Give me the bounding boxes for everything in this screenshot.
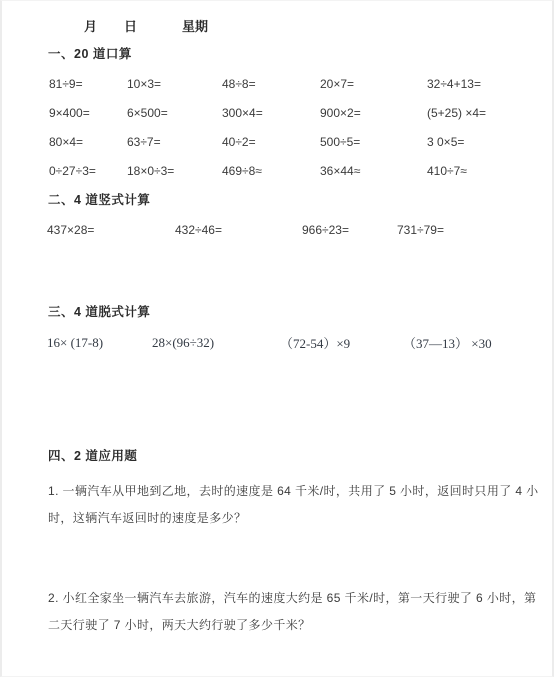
oral-problem: 3 0×5= <box>427 127 552 156</box>
oral-problem: 80×4= <box>49 127 127 156</box>
section-title-stepwise: 三、4 道脱式计算 <box>48 306 552 319</box>
word-problem-2: 2. 小红全家坐一辆汽车去旅游，汽车的速度大约是 65 千米/时，第一天行驶了 … <box>48 585 548 639</box>
stepwise-problems-grid: 16× (17-8) 28×(96÷32) （72-54）×9 （37—13） … <box>47 328 552 357</box>
stepwise-problem: （37—13） ×30 <box>403 328 552 357</box>
oral-problem: 900×2= <box>320 98 427 127</box>
month-label: 月 <box>84 19 97 34</box>
oral-problem: 63÷7= <box>127 127 222 156</box>
day-label: 日 <box>124 19 137 34</box>
word-problem-1: 1. 一辆汽车从甲地到乙地，去时的速度是 64 千米/时，共用了 5 小时，返回… <box>48 478 548 532</box>
oral-problem: 48÷8= <box>222 69 320 98</box>
oral-problem: 0÷27÷3= <box>49 156 127 185</box>
oral-problem: 6×500= <box>127 98 222 127</box>
stepwise-problem: 16× (17-8) <box>47 328 152 357</box>
vertical-problem: 432÷46= <box>175 215 302 244</box>
section-title-vertical: 二、4 道竖式计算 <box>48 194 552 207</box>
stepwise-problem: 28×(96÷32) <box>152 328 280 357</box>
oral-problem: 81÷9= <box>49 69 127 98</box>
vertical-problems-grid: 437×28= 432÷46= 966÷23= 731÷79= <box>47 215 552 244</box>
oral-problem: (5+25) ×4= <box>427 98 552 127</box>
section-title-word: 四、2 道应用题 <box>48 450 552 463</box>
date-header: 月日星期 <box>84 1 552 34</box>
section-title-oral: 一、20 道口算 <box>48 48 552 61</box>
weekday-label: 星期 <box>182 19 208 34</box>
oral-problem: 36×44≈ <box>320 156 427 185</box>
vertical-problem: 731÷79= <box>397 215 552 244</box>
oral-problem: 40÷2= <box>222 127 320 156</box>
oral-problem: 20×7= <box>320 69 427 98</box>
vertical-problem: 966÷23= <box>302 215 397 244</box>
vertical-problem: 437×28= <box>47 215 175 244</box>
oral-problem: 18×0÷3= <box>127 156 222 185</box>
stepwise-problem: （72-54）×9 <box>280 328 403 357</box>
oral-problem: 10×3= <box>127 69 222 98</box>
oral-problem: 300×4= <box>222 98 320 127</box>
worksheet-page: 月日星期 一、20 道口算 81÷9= 10×3= 48÷8= 20×7= 32… <box>0 0 554 677</box>
oral-problem: 410÷7≈ <box>427 156 552 185</box>
oral-problem: 32÷4+13= <box>427 69 552 98</box>
oral-problem: 500÷5= <box>320 127 427 156</box>
oral-problem: 9×400= <box>49 98 127 127</box>
oral-problems-grid: 81÷9= 10×3= 48÷8= 20×7= 32÷4+13= 9×400= … <box>49 69 552 185</box>
oral-problem: 469÷8≈ <box>222 156 320 185</box>
